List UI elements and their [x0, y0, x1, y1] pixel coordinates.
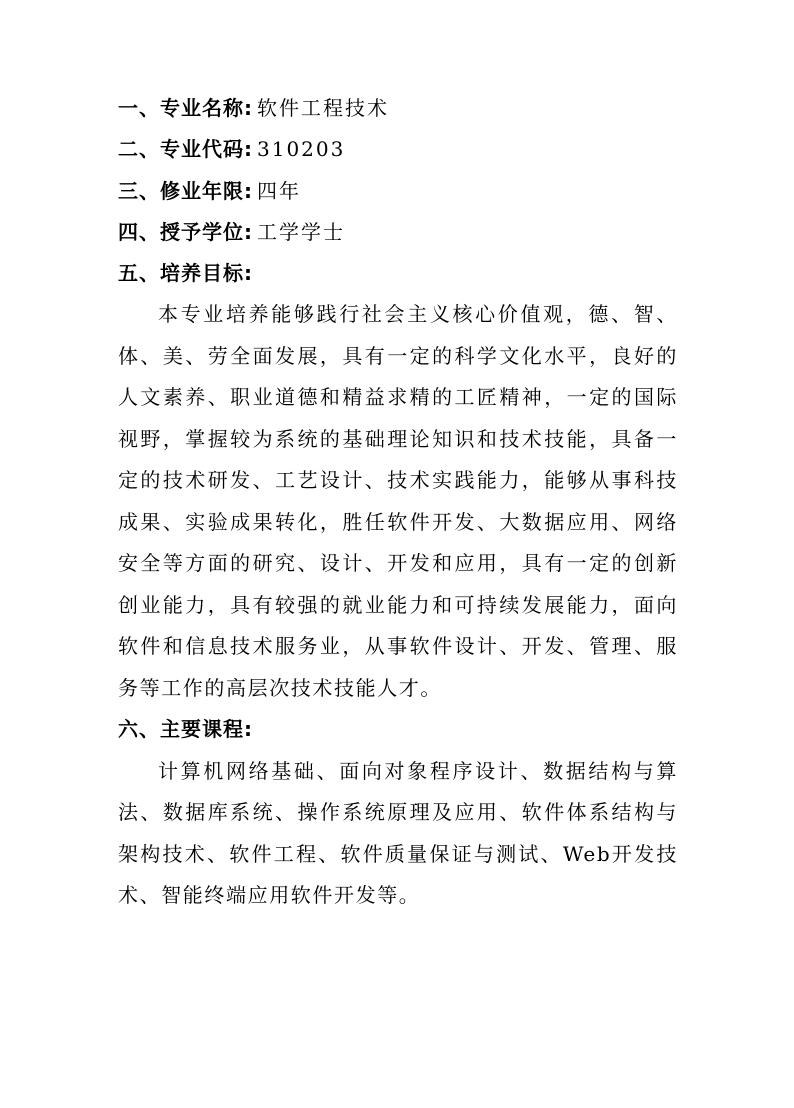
courses-paragraph: 计算机网络基础、面向对象程序设计、数据结构与算法、数据库系统、操作系统原理及应用… — [118, 751, 678, 917]
objective-paragraph: 本专业培养能够践行社会主义核心价值观，德、智、体、美、劳全面发展，具有一定的科学… — [118, 294, 678, 709]
degree-value: 工学学士 — [257, 220, 345, 244]
major-code-label: 二、专业代码: — [118, 137, 253, 161]
major-name-label: 一、专业名称: — [118, 96, 253, 120]
major-name-row: 一、专业名称:软件工程技术 — [118, 88, 678, 129]
major-code-value: 310203 — [257, 137, 345, 161]
objective-heading-row: 五、培养目标: — [118, 253, 678, 294]
degree-row: 四、授予学位:工学学士 — [118, 212, 678, 253]
major-code-row: 二、专业代码:310203 — [118, 129, 678, 170]
document-page: 一、专业名称:软件工程技术 二、专业代码:310203 三、修业年限:四年 四、… — [118, 88, 678, 917]
courses-heading: 六、主要课程: — [118, 717, 253, 741]
study-duration-value: 四年 — [257, 179, 301, 203]
major-name-value: 软件工程技术 — [257, 96, 389, 120]
degree-label: 四、授予学位: — [118, 220, 253, 244]
courses-heading-row: 六、主要课程: — [118, 709, 678, 750]
study-duration-label: 三、修业年限: — [118, 179, 253, 203]
objective-heading: 五、培养目标: — [118, 261, 253, 285]
study-duration-row: 三、修业年限:四年 — [118, 171, 678, 212]
